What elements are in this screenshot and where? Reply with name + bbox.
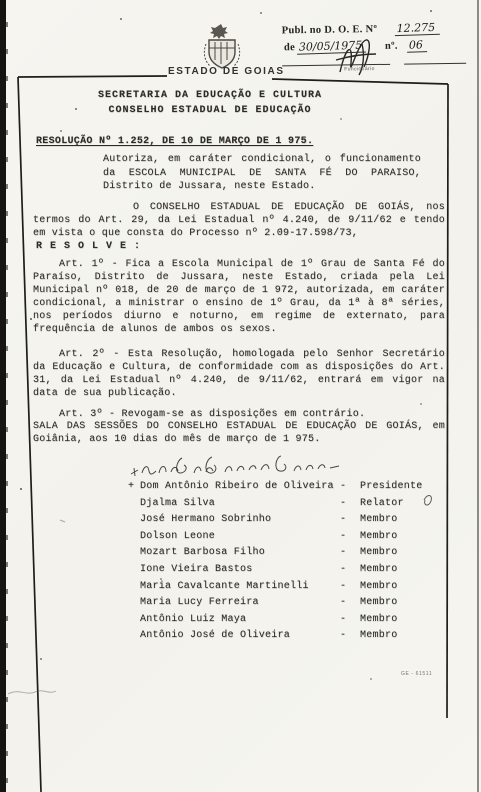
signatory-row: + Dom Antônio Ribeiro de Oliveira - Pres… bbox=[128, 481, 448, 498]
signatory-row: José Hermano Sobrinho - Membro bbox=[128, 514, 448, 531]
separator-dash: - bbox=[340, 564, 346, 575]
signatory-role: Presidente bbox=[360, 481, 423, 492]
separator-dash: - bbox=[340, 498, 346, 509]
stamp-sheet-value: 06 bbox=[407, 38, 427, 53]
resolution-title: RESOLUÇÃO Nº 1.252, DE 10 DE MARÇO DE 1 … bbox=[36, 136, 313, 147]
scan-edge-artifact bbox=[0, 0, 6, 792]
signatory-role: Membro bbox=[360, 630, 398, 641]
separator-dash: - bbox=[340, 531, 346, 542]
stamp-clerk-label: Funcionário bbox=[344, 66, 375, 72]
signatory-name: José Hermano Sobrinho bbox=[140, 514, 271, 525]
org-secretaria: SECRETARIA DA EDUCAÇÃO E CULTURA bbox=[30, 88, 390, 103]
resolution-preamble: O CONSELHO ESTADUAL DE EDUCAÇÃO DE GOIÁS… bbox=[33, 202, 445, 241]
signatory-name: Mozart Barbosa Filho bbox=[140, 547, 265, 558]
stamp-label: Publ. no D. O. E. Nº bbox=[282, 24, 378, 36]
signatories-list: + Dom Antônio Ribeiro de Oliveira - Pres… bbox=[128, 481, 448, 647]
signatory-name: Antônio Luiz Maya bbox=[140, 614, 246, 625]
signatory-row: Antônio José de Oliveira - Membro bbox=[128, 630, 448, 647]
separator-dash: - bbox=[340, 481, 346, 492]
signatory-row: Antônio Luiz Maya - Membro bbox=[128, 614, 448, 631]
form-code: GE - 61511 bbox=[401, 671, 432, 677]
stamp-date-value: 30/05/1975 bbox=[297, 39, 367, 55]
document-page: Publ. no D. O. E. Nº 12.275 de 30/05/197… bbox=[0, 0, 481, 792]
signatory-role: Relator bbox=[360, 498, 404, 509]
signatory-name: Ione Vieira Bastos bbox=[140, 564, 253, 575]
signatory-role: Membro bbox=[360, 514, 398, 525]
signatory-name: Djalma Silva bbox=[140, 498, 215, 509]
signatory-name: Antônio José de Oliveira bbox=[140, 630, 290, 641]
signatory-row: Ione Vieira Bastos - Membro bbox=[128, 564, 448, 581]
separator-dash: - bbox=[340, 597, 346, 608]
signatory-row: Maria Cavalcante Martinelli - Membro bbox=[128, 581, 448, 598]
separator-dash: - bbox=[340, 514, 346, 525]
resolution-ementa: Autoriza, em caráter condicional, o func… bbox=[103, 153, 421, 194]
article-1: Art. 1º - Fica a Escola Municipal de 1º … bbox=[33, 259, 445, 336]
signatory-role: Membro bbox=[360, 564, 398, 575]
separator-dash: - bbox=[340, 581, 346, 592]
signatory-name: Maria Cavalcante Martinelli bbox=[140, 581, 309, 592]
letterhead: SECRETARIA DA EDUCAÇÃO E CULTURA CONSELH… bbox=[30, 88, 390, 118]
separator-dash: - bbox=[340, 614, 346, 625]
signatory-role: Membro bbox=[360, 614, 398, 625]
stamp-number-value: 12.275 bbox=[394, 21, 439, 36]
org-conselho: CONSELHO ESTADUAL DE EDUCAÇÃO bbox=[30, 103, 390, 118]
signatory-role: Membro bbox=[360, 547, 398, 558]
signatory-row: Mozart Barbosa Filho - Membro bbox=[128, 547, 448, 564]
scan-noise bbox=[120, 18, 122, 20]
stamp-sheet-label: nº. bbox=[385, 41, 398, 52]
signatory-role: Membro bbox=[360, 597, 398, 608]
stamp-date-prefix: de bbox=[284, 42, 295, 53]
publication-stamp: Publ. no D. O. E. Nº 12.275 de 30/05/197… bbox=[282, 23, 473, 82]
signatory-row: Djalma Silva - Relator bbox=[128, 498, 448, 515]
article-2: Art. 2º - Esta Resolução, homologada pel… bbox=[33, 349, 445, 401]
signatory-row: Maria Lucy Ferreira - Membro bbox=[128, 597, 448, 614]
article-3: Art. 3º - Revogam-se as disposições em c… bbox=[33, 409, 445, 422]
state-name: ESTADO DE GOIAS bbox=[168, 66, 278, 77]
signatory-name: Dolson Leone bbox=[140, 531, 215, 542]
coat-of-arms-icon bbox=[204, 24, 239, 68]
signatory-row: Dolson Leone - Membro bbox=[128, 531, 448, 548]
stamp-rule-right bbox=[404, 63, 466, 65]
president-signature bbox=[131, 456, 339, 476]
separator-dash: - bbox=[340, 547, 346, 558]
separator-dash: - bbox=[340, 630, 346, 641]
page-right-edge bbox=[477, 0, 479, 792]
signatory-role: Membro bbox=[360, 581, 398, 592]
signatory-name: Dom Antônio Ribeiro de Oliveira bbox=[140, 481, 334, 492]
signatory-name: Maria Lucy Ferreira bbox=[140, 597, 259, 608]
signatory-prefix: + bbox=[128, 481, 140, 492]
resolve-heading: R E S O L V E : bbox=[36, 241, 141, 254]
signatory-role: Membro bbox=[360, 531, 398, 542]
closing-statement: SALA DAS SESSÕES DO CONSELHO ESTADUAL DE… bbox=[33, 421, 445, 447]
